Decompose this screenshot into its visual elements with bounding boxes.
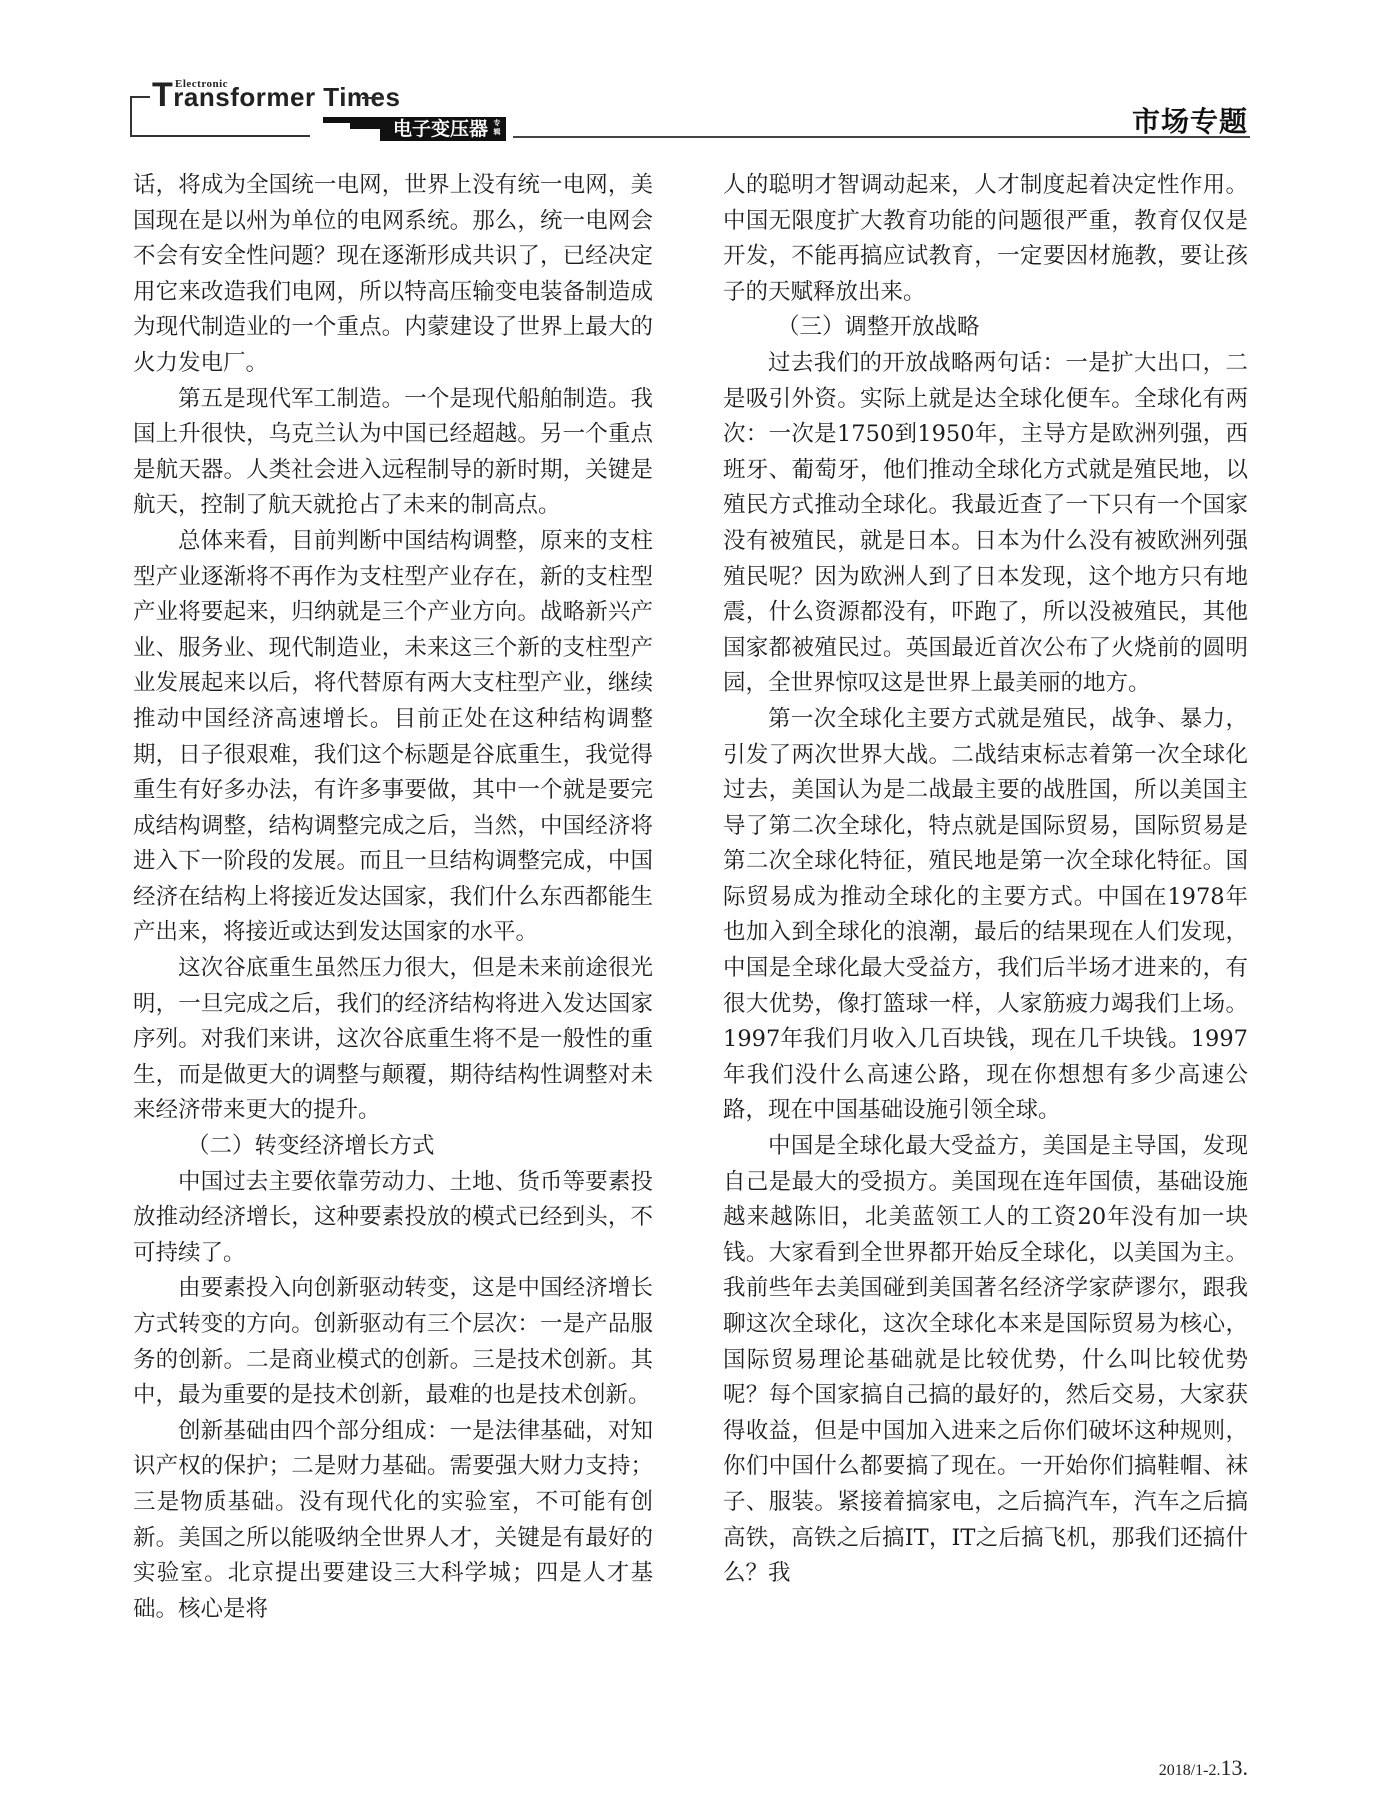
paragraph: 由要素投入向创新驱动转变，这是中国经济增长方式转变的方向。创新驱动有三个层次：一… [133,1271,653,1413]
banner-note: 专辑 [491,119,503,137]
subheading: （二）转变经济增长方式 [133,1129,653,1165]
paragraph: 中国是全球化最大受益方，美国是主导国，发现自己是最大的受损方。美国现在连年国债，… [723,1129,1248,1592]
subheading: （三）调整开放战略 [723,310,1248,346]
section-title: 市场专题 [1132,100,1248,140]
page-number: 13 [1221,1755,1243,1780]
paragraph: 话，将成为全国统一电网，世界上没有统一电网，美国现在是以州为单位的电网系统。那么… [133,168,653,382]
magazine-title: Transformer Times [152,76,400,115]
page-footer: 2018/1-2.13. [1159,1755,1248,1781]
paragraph: 中国过去主要依靠劳动力、土地、货币等要素投放推动经济增长，这种要素投放的模式已经… [133,1165,653,1272]
brand-frame-line [362,97,384,99]
chinese-title: 电子变压器 [393,118,488,140]
paragraph: 总体来看，目前判断中国结构调整，原来的支柱型产业逐渐将不再作为支柱型产业存在，新… [133,524,653,951]
page-header: Electronic Transformer Times 电子变压器 专辑 市场… [0,0,1380,160]
paragraph: 创新基础由四个部分组成：一是法律基础，对知识产权的保护；二是财力基础。需要强大财… [133,1414,653,1628]
brand-frame-line [130,96,150,98]
brand-frame-line [130,96,132,136]
right-column: 人的聪明才智调动起来，人才制度起着决定性作用。中国无限度扩大教育功能的问题很严重… [723,168,1248,1592]
paragraph: 这次谷底重生虽然压力很大，但是未来前途很光明，一旦完成之后，我们的经济结构将进入… [133,951,653,1129]
page-number-dot: . [1243,1755,1249,1780]
issue-label: 2018/1-2. [1159,1762,1221,1779]
paragraph: 第五是现代军工制造。一个是现代船舶制造。我国上升很快，乌克兰认为中国已经超越。另… [133,382,653,524]
left-column: 话，将成为全国统一电网，世界上没有统一电网，美国现在是以州为单位的电网系统。那么… [133,168,653,1627]
magazine-title-initial: T [152,76,173,114]
chinese-title-banner: 电子变压器 [380,117,506,141]
paragraph: 第一次全球化主要方式就是殖民，战争、暴力，引发了两次世界大战。二战结束标志着第一… [723,702,1248,1129]
paragraph: 过去我们的开放战略两句话：一是扩大出口，二是吸引外资。实际上就是达全球化便车。全… [723,346,1248,702]
brand-frame-line [130,135,310,137]
paragraph: 人的聪明才智调动起来，人才制度起着决定性作用。中国无限度扩大教育功能的问题很严重… [723,168,1248,310]
